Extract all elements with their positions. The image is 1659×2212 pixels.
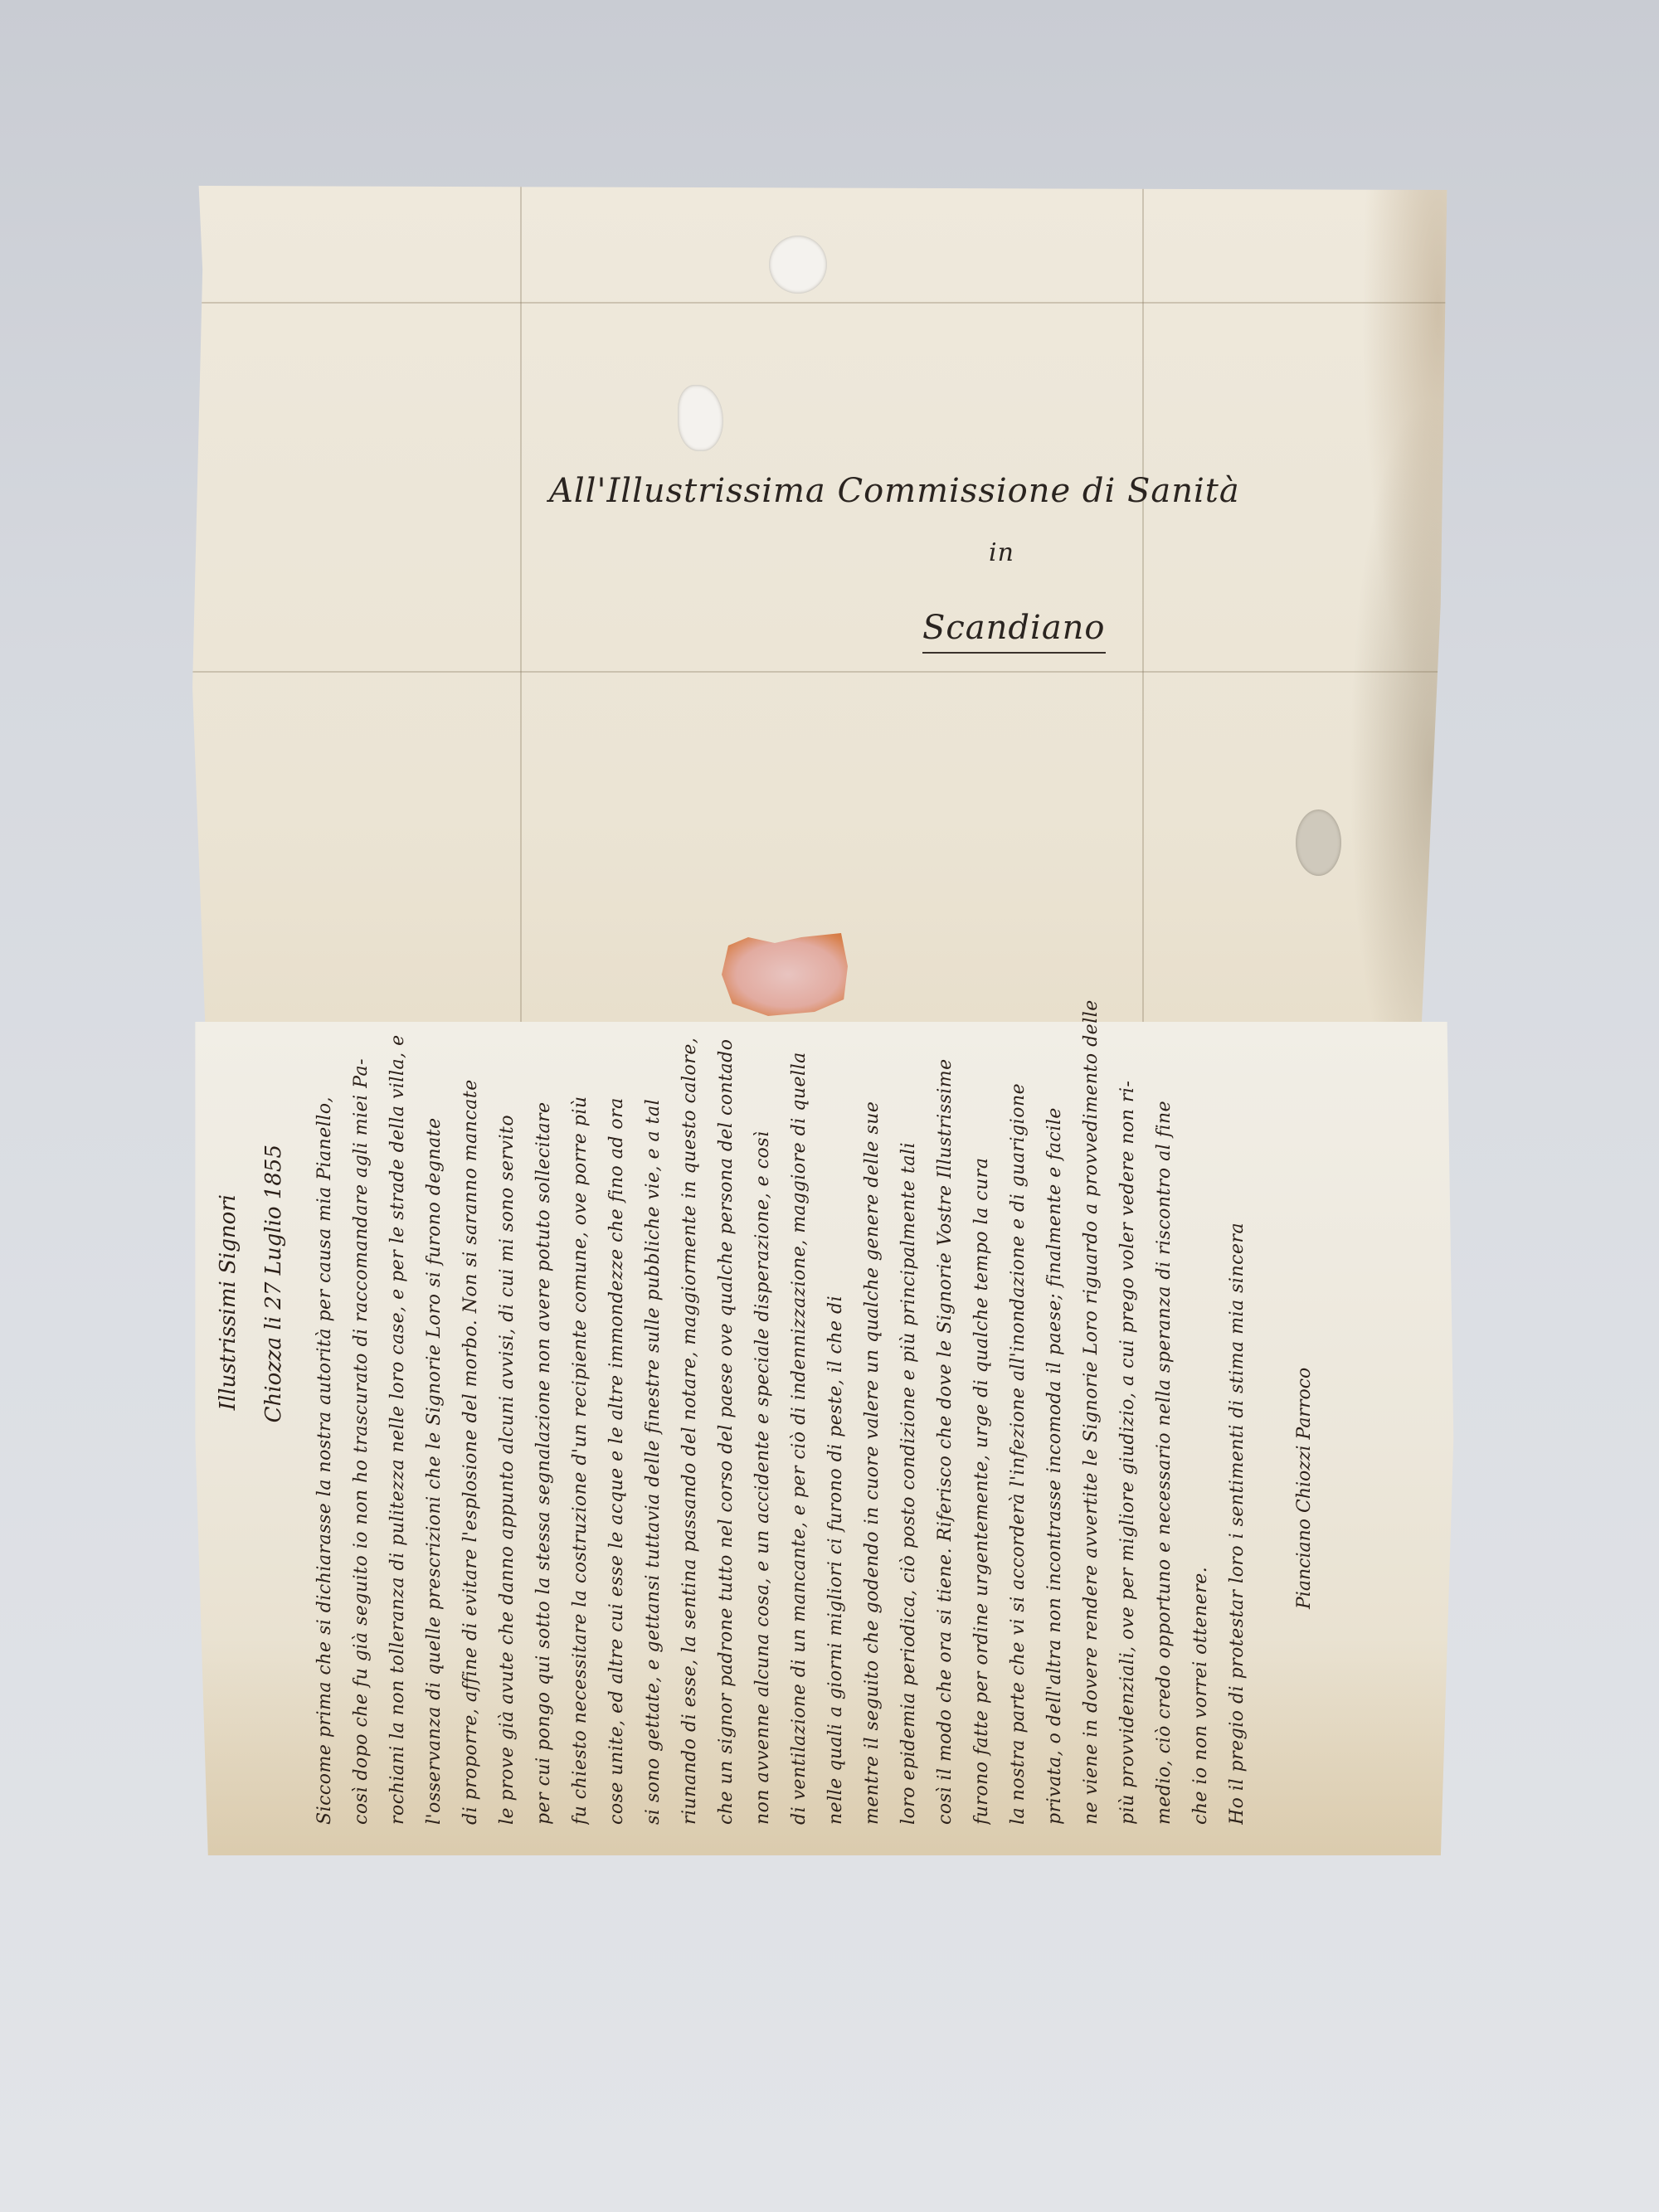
- letter-line: che un signor padrone tutto nel corso de…: [708, 680, 745, 1825]
- letter-line: loro epidemia periodica, ciò posto condi…: [891, 680, 927, 1825]
- letter-line: fu chiesto necessitare la costruzione d'…: [562, 680, 599, 1825]
- letter-line: la nostra parte che vi si accorderà l'in…: [1000, 680, 1037, 1825]
- letter-line: l'osservanza di quelle prescrizioni che …: [416, 680, 453, 1825]
- letter-line: rochiani la non tolleranza di pulitezza …: [380, 680, 416, 1825]
- letter-line: così dopo che fu già seguito io non ho t…: [343, 680, 380, 1825]
- letter-line: le prove già avute che danno appunto alc…: [489, 680, 526, 1825]
- letter-line: furono fatte per ordine urgentemente, ur…: [964, 680, 1000, 1825]
- fold-line: [192, 671, 1453, 673]
- fold-line: [192, 302, 1453, 304]
- letter-line: riunando di esse, la sentina passando de…: [672, 680, 708, 1825]
- letter-line: più provvidenziali, ove per migliore giu…: [1110, 680, 1146, 1825]
- paper-hole: [1296, 809, 1341, 876]
- letter-line: che io non vorrei ottenere.: [1183, 680, 1219, 1825]
- paper-hole: [769, 236, 827, 294]
- address-destination: Scandiano: [922, 609, 1106, 654]
- letter-line: non avvenne alcuna cosa, e un accidente …: [745, 680, 781, 1825]
- letter-line: nelle quali a giorni migliori ci furono …: [818, 680, 854, 1825]
- letter-line: così il modo che ora si tiene. Riferisco…: [927, 680, 964, 1825]
- letter-line: medio, ciò credo opportuno e necessario …: [1146, 680, 1183, 1825]
- letter-line: Ho il pregio di protestar loro i sentime…: [1219, 680, 1256, 1825]
- letter-greeting: Illustrissimi Signori: [216, 1194, 241, 1410]
- letter-line: mentre il seguito che godendo in cuore v…: [854, 680, 891, 1825]
- paper-tear: [678, 385, 723, 451]
- letter-line: di proporre, affine di evitare l'esplosi…: [453, 680, 489, 1825]
- letter-body: Siccome prima che si dichiarasse la nost…: [307, 680, 1256, 1825]
- letter-text-rotated: Illustrissimi Signori Chiozza li 27 Lugl…: [216, 1145, 1360, 1825]
- letter-line: Siccome prima che si dichiarasse la nost…: [307, 680, 343, 1825]
- address-recipient: All'Illustrissima Commissione di Sanità: [549, 472, 1240, 510]
- water-stain: [1304, 186, 1453, 1022]
- letter-dateline: Chiozza li 27 Luglio 1855: [261, 1145, 286, 1422]
- letter-line: ne viene in dovere rendere avvertite le …: [1073, 680, 1110, 1825]
- address-preposition: in: [989, 538, 1014, 567]
- letter-line: di ventilazione di un mancante, e per ci…: [781, 680, 818, 1825]
- letter-line: si sono gettate, e gettansi tuttavia del…: [635, 680, 672, 1825]
- letter-line: cose unite, ed altre cui esse le acque e…: [599, 680, 635, 1825]
- letter-line: privata, o dell'altra non incontrasse in…: [1037, 680, 1073, 1825]
- letter-signature: Pianciano Chiozzi Parroco: [1294, 1368, 1315, 1609]
- letter-line: per cui pongo qui sotto la stessa segnal…: [526, 680, 562, 1825]
